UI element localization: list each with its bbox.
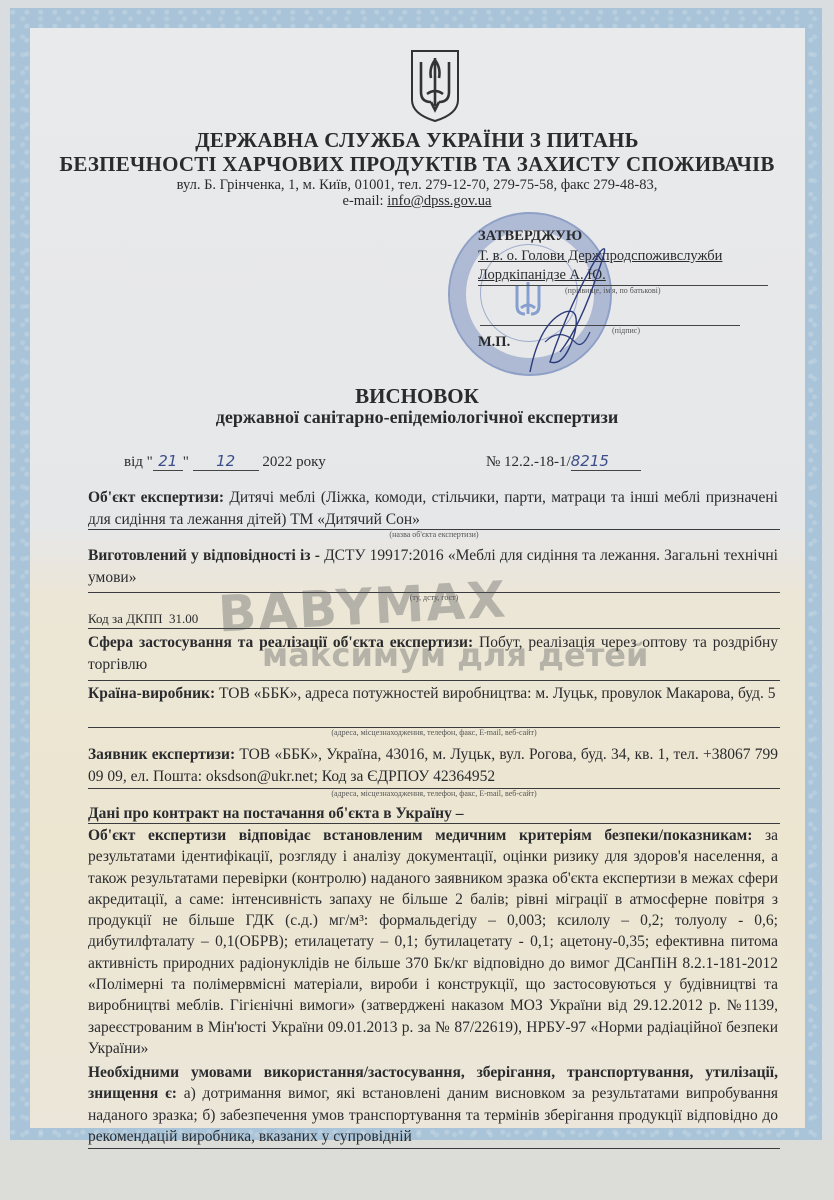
number-handwritten: 8215 — [571, 452, 641, 471]
org-name-line1: ДЕРЖАВНА СЛУЖБА УКРАЇНИ З ПИТАНЬ — [0, 128, 834, 152]
divider — [88, 1148, 780, 1149]
section-contract: Дані про контракт на постачання об'єкта … — [88, 803, 778, 825]
document-subtitle: державної санітарно-епідеміологічної екс… — [0, 407, 834, 428]
manufactured-label: Виготовлений у відповідності із - — [88, 547, 320, 564]
date-year: 2022 року — [262, 454, 325, 470]
divider — [88, 628, 780, 629]
section-code: Код за ДКПП 31.00 — [88, 608, 778, 630]
section-conditions: Необхідними умовами використання/застосу… — [88, 1062, 778, 1147]
section-scope: Сфера застосування та реалізації об'єкта… — [88, 632, 778, 675]
document-title: ВИСНОВОК — [0, 384, 834, 409]
country-text: ТОВ «ББК», адреса потужностей виробництв… — [215, 685, 775, 702]
section-applicant: Заявник експертизи: ТОВ «ББК», Україна, … — [88, 744, 778, 787]
section-object: Об'єкт експертизи: Дитячі меблі (Ліжка, … — [88, 487, 778, 530]
object-label: Об'єкт експертизи: — [88, 489, 224, 506]
email-link[interactable]: info@dpss.gov.ua — [387, 193, 491, 209]
applicant-label: Заявник експертизи: — [88, 746, 235, 763]
compliance-label: Об'єкт експертизи відповідає встановлени… — [88, 827, 752, 844]
document-number: № 12.2.-18-1/8215 — [486, 452, 641, 471]
approved-label: ЗАТВЕРДЖУЮ — [478, 228, 582, 245]
org-address: вул. Б. Грінченка, 1, м. Київ, 01001, те… — [0, 177, 834, 194]
divider — [88, 823, 780, 824]
document-date: від "21" 12 2022 року — [124, 452, 326, 471]
trident-icon — [409, 48, 461, 124]
signature-line — [480, 325, 740, 326]
manufactured-caption: (ту, дсту, гост) — [88, 593, 780, 602]
section-compliance: Об'єкт експертизи відповідає встановлени… — [88, 825, 778, 1059]
email-label: e-mail: — [343, 193, 388, 209]
date-day: 21 — [153, 452, 183, 471]
section-country: Країна-виробник: ТОВ «ББК», адреса потуж… — [88, 683, 778, 705]
country-label: Країна-виробник: — [88, 685, 215, 702]
code-label: Код за ДКПП — [88, 611, 162, 626]
org-email-line: e-mail: info@dpss.gov.ua — [0, 193, 834, 210]
org-name-line2: БЕЗПЕЧНОСТІ ХАРЧОВИХ ПРОДУКТІВ ТА ЗАХИСТ… — [0, 152, 834, 176]
conditions-text: а) дотримання вимог, які встановлені дан… — [88, 1085, 778, 1145]
contract-label: Дані про контракт на постачання об'єкта … — [88, 805, 464, 822]
object-caption: (назва об'єкта експертизи) — [88, 530, 780, 539]
seal-label: М.П. — [478, 334, 510, 351]
compliance-text: за результатами ідентифікації, розгляду … — [88, 827, 778, 1057]
approver-name-caption: (прізвище, ім'я, по батькові) — [565, 286, 661, 295]
section-manufactured: Виготовлений у відповідності із - ДСТУ 1… — [88, 545, 778, 588]
approver-position: Т. в. о. Голови Держпродспоживслужби — [478, 248, 722, 265]
background-strip — [0, 1140, 834, 1200]
applicant-caption: (адреса, місцезнаходження, телефон, факс… — [88, 789, 780, 798]
number-prefix: № 12.2.-18-1/ — [486, 454, 571, 470]
country-caption: (адреса, місцезнаходження, телефон, факс… — [88, 728, 780, 737]
approver-name: Лордкіпанідзе А. Ю. — [478, 267, 606, 284]
date-mid: " — [183, 454, 189, 470]
signature-caption: (підпис) — [612, 326, 640, 335]
scope-label: Сфера застосування та реалізації об'єкта… — [88, 634, 473, 651]
code-value: 31.00 — [169, 611, 198, 626]
date-prefix: від " — [124, 454, 153, 470]
divider — [88, 680, 780, 681]
date-month: 12 — [193, 452, 259, 471]
